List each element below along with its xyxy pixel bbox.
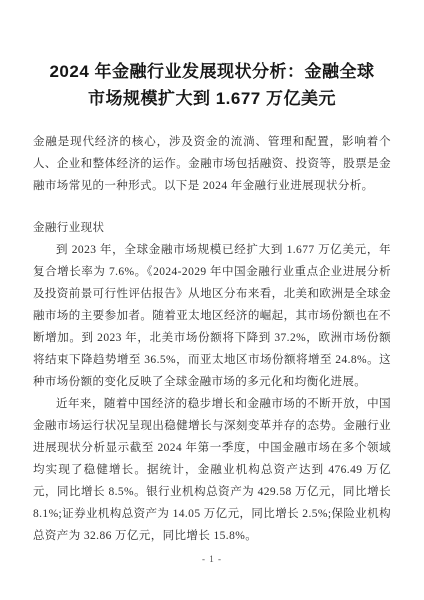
- page-title: 2024 年金融行业发展现状分析：金融全球 市场规模扩大到 1.677 万亿美元: [33, 58, 391, 112]
- intro-paragraph: 金融是现代经济的核心，涉及资金的流淌、管理和配置，影响着个人、企业和整体经济的运…: [33, 131, 391, 197]
- page-number: - 1 -: [33, 553, 391, 565]
- global-market-paragraph: 到 2023 年，全球金融市场规模已经扩大到 1.677 万亿美元，年复合增长率…: [33, 239, 391, 393]
- page-title-line-1: 2024 年金融行业发展现状分析：金融全球: [33, 58, 391, 85]
- page-title-line-2: 市场规模扩大到 1.677 万亿美元: [33, 85, 391, 112]
- document-page: 2024 年金融行业发展现状分析：金融全球 市场规模扩大到 1.677 万亿美元…: [0, 0, 424, 600]
- section-heading-industry-status: 金融行业现状: [33, 217, 391, 239]
- china-market-paragraph: 近年来，随着中国经济的稳步增长和金融市场的不断开放，中国金融市场运行状况呈现出稳…: [33, 393, 391, 547]
